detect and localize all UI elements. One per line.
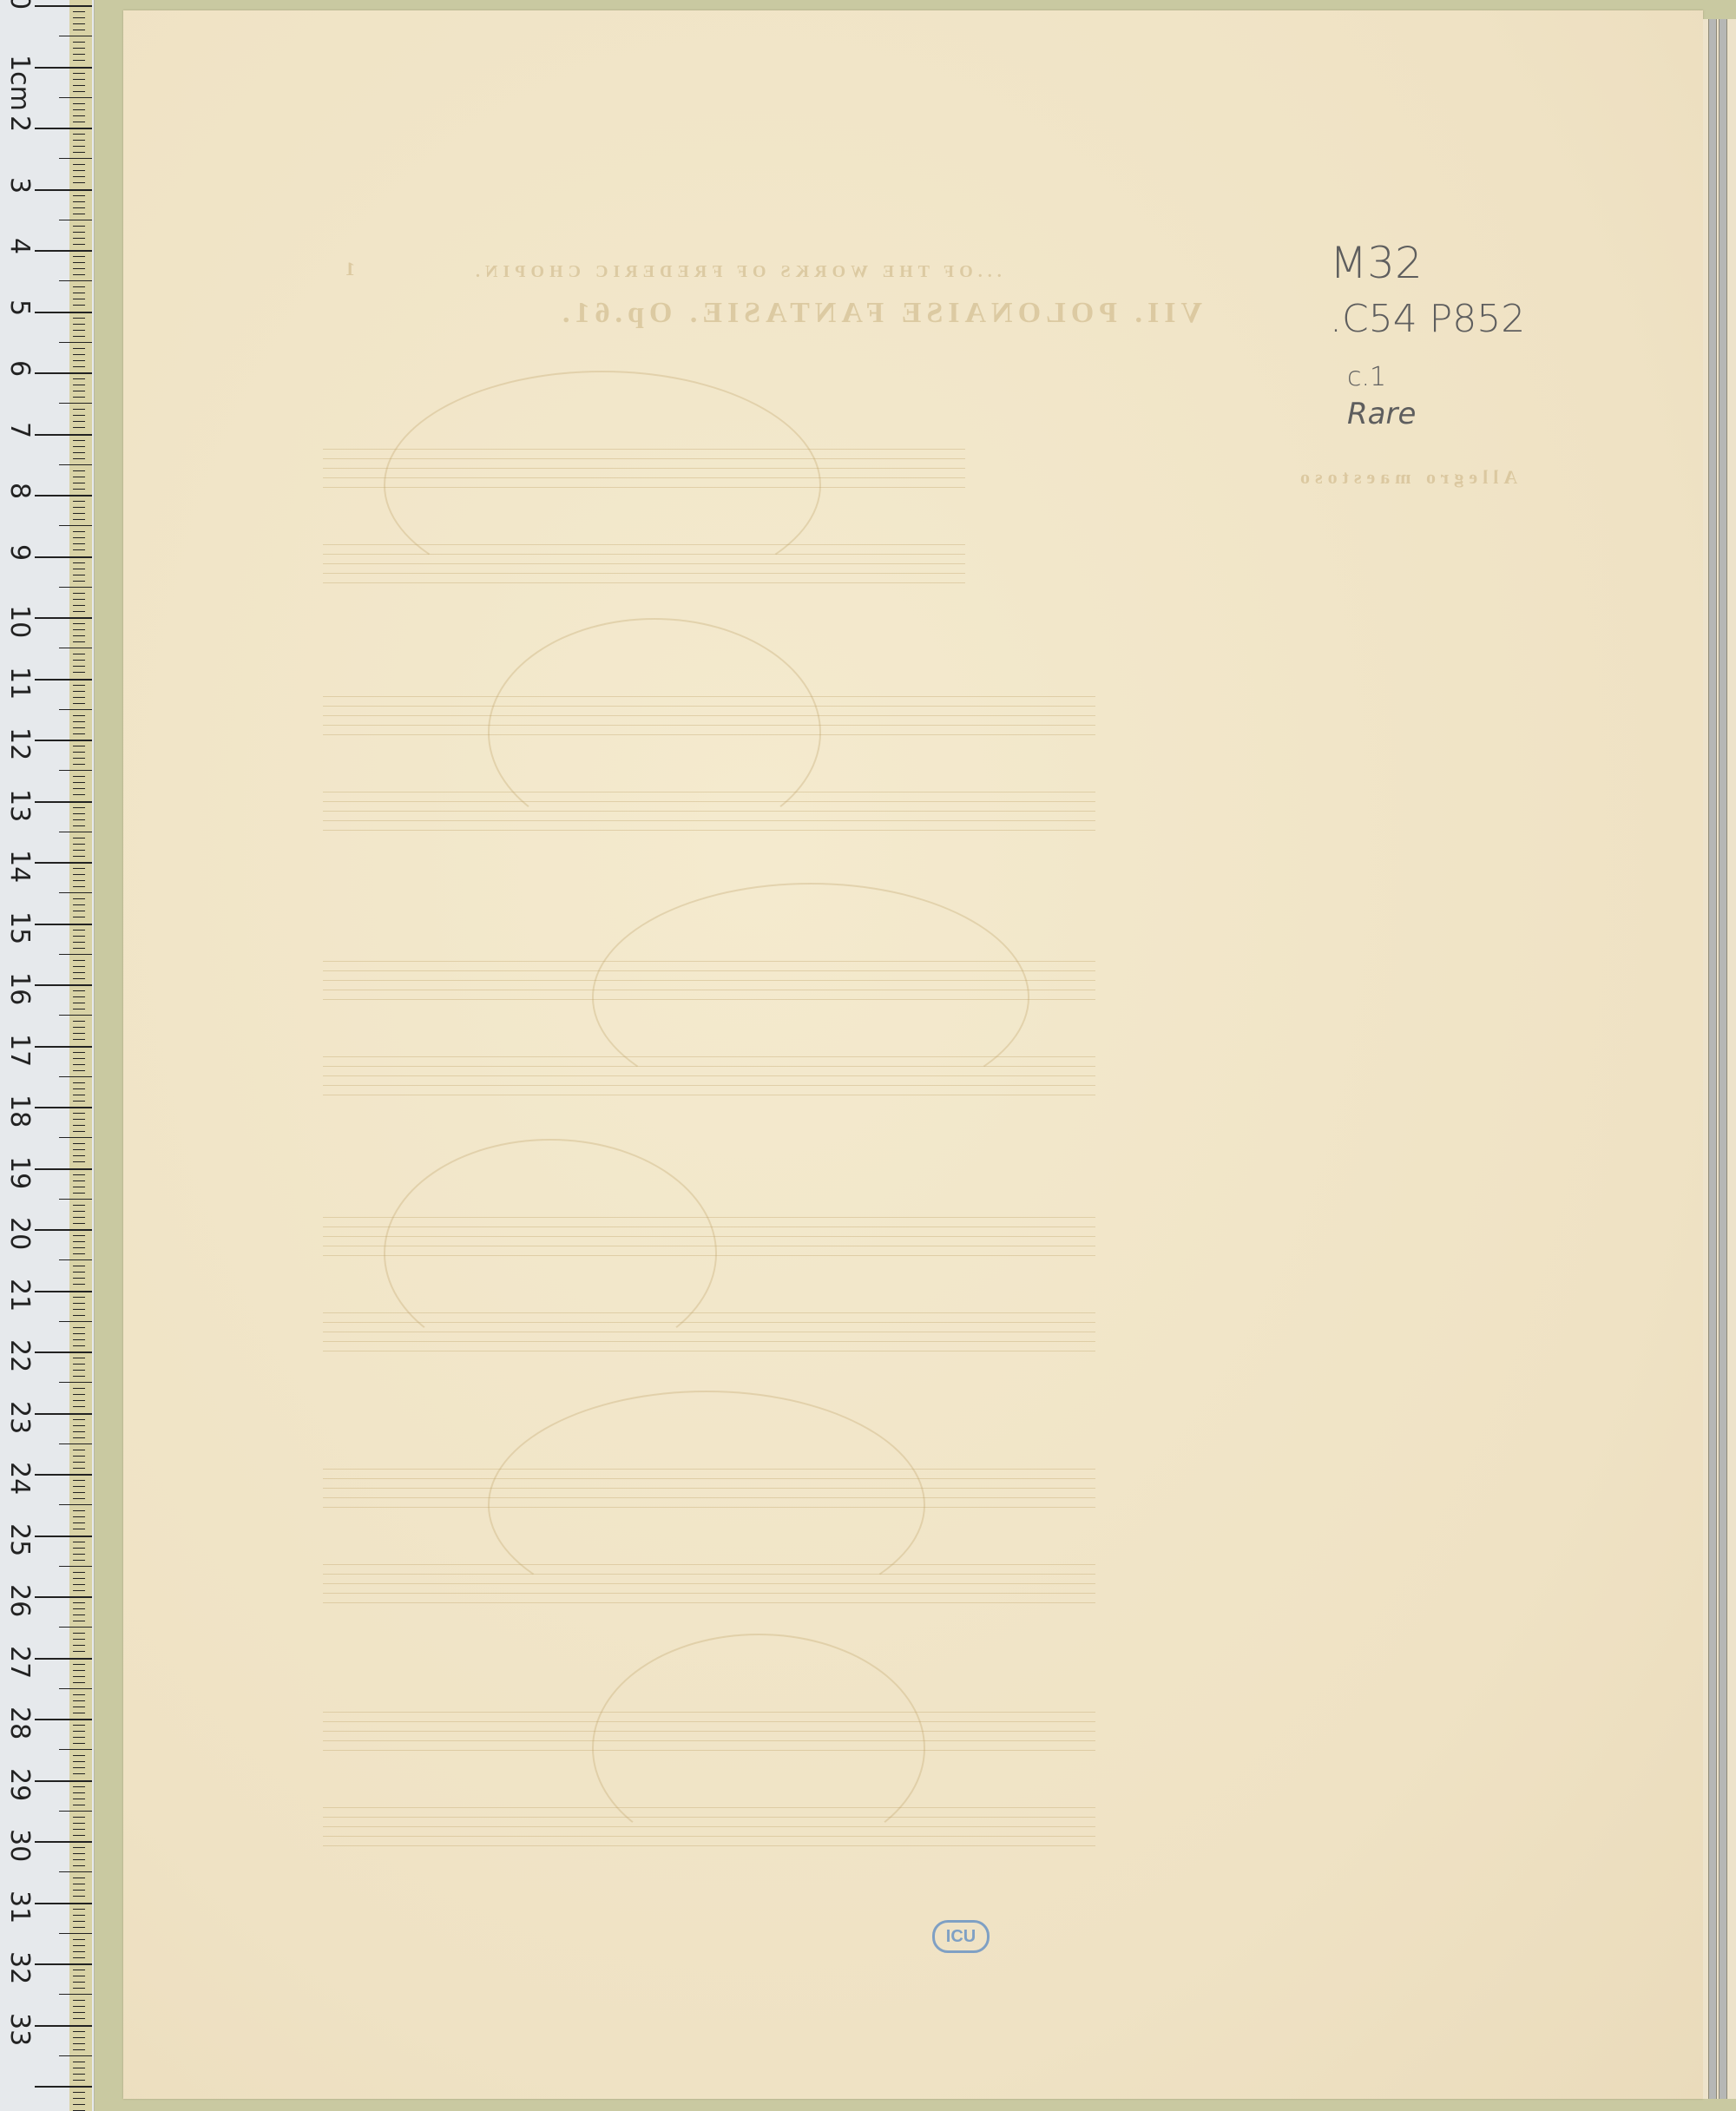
ruler-tick	[73, 1976, 85, 1976]
ruler-tick	[73, 611, 85, 612]
ruler-tick	[73, 489, 85, 490]
ruler-tick	[73, 1731, 85, 1732]
ruler-tick	[73, 201, 85, 202]
ruler-tick	[73, 134, 85, 135]
ruler-tick	[73, 1713, 85, 1713]
ruler-tick	[59, 1199, 92, 1200]
ruler-tick	[73, 996, 85, 997]
ruler-label: 27	[4, 1646, 35, 1679]
ruler-label: 28	[4, 1707, 35, 1739]
ruler-tick	[73, 2068, 85, 2068]
call-number-line2: .C54 P852	[1330, 297, 1525, 341]
ruler-label: 15	[4, 911, 35, 944]
ruler-tick	[73, 470, 85, 471]
collection-note: Rare	[1347, 397, 1416, 431]
ruler-tick	[73, 2080, 85, 2081]
ruler-tick	[73, 11, 85, 12]
ruler-tick	[73, 1143, 85, 1144]
ruler-tick	[35, 801, 92, 803]
ruler-tick	[73, 1462, 85, 1463]
ruler-tick	[73, 318, 85, 319]
ruler-tick	[35, 372, 92, 374]
ruler-label: 17	[4, 1034, 35, 1067]
ruler-tick	[73, 519, 85, 520]
ruler-tick	[73, 1205, 85, 1206]
ruler-tick	[73, 17, 85, 18]
ruler-label: 14	[4, 850, 35, 883]
ruler-tick	[73, 176, 85, 177]
ruler-label: 33	[4, 2013, 35, 2046]
ruler-tick	[73, 109, 85, 110]
ruler-tick	[73, 972, 85, 973]
ruler-tick	[73, 721, 85, 722]
ruler-tick	[73, 2037, 85, 2038]
ruler-tick	[73, 562, 85, 563]
ruler-tick	[73, 1939, 85, 1940]
ruler-tick	[35, 189, 92, 191]
ruler-tick	[73, 1247, 85, 1248]
ruler-tick	[73, 531, 85, 532]
ruler-tick	[73, 54, 85, 55]
ruler-tick	[73, 838, 85, 838]
ruler-tick	[73, 623, 85, 624]
ruler-tick	[73, 256, 85, 257]
ruler-tick	[73, 1522, 85, 1523]
ruler-tick	[73, 103, 85, 104]
ruler-tick	[73, 1070, 85, 1071]
ruler-tick	[35, 312, 92, 313]
ruler-tick	[73, 1161, 85, 1162]
ruler-label: 9	[4, 544, 35, 561]
ruler-tick	[73, 146, 85, 147]
ruler-tick	[73, 1602, 85, 1603]
ruler-label: 19	[4, 1156, 35, 1189]
ruler-tick	[73, 1664, 85, 1665]
ruler-tick	[73, 1529, 85, 1529]
ruler-tick	[73, 850, 85, 851]
ruler-label: 20	[4, 1217, 35, 1250]
ruler-tick	[73, 880, 85, 881]
ruler-tick	[35, 1046, 92, 1048]
ruler-label: 4	[4, 238, 35, 254]
ruler-tick	[73, 1297, 85, 1298]
ruler-tick	[73, 1394, 85, 1395]
ruler-tick	[73, 575, 85, 575]
ruler-tick	[73, 1767, 85, 1768]
ruler-tick	[73, 691, 85, 692]
ruler-tick	[73, 397, 85, 398]
ruler-tick	[73, 1584, 85, 1585]
ruler-tick	[73, 782, 85, 783]
ruler-tick	[59, 403, 92, 404]
ruler-tick	[35, 250, 92, 252]
ruler-tick	[73, 324, 85, 325]
ruler-tick	[35, 67, 92, 69]
ruler-tick	[73, 440, 85, 441]
ruler-tick	[73, 569, 85, 569]
ruler-tick	[73, 60, 85, 61]
ruler-tick	[73, 2104, 85, 2105]
ruler-tick	[73, 654, 85, 654]
ruler-tick	[73, 262, 85, 263]
ruler-label: 10	[4, 605, 35, 638]
ruler-label: 24	[4, 1462, 35, 1495]
ruler-tick	[73, 948, 85, 949]
ruler-tick	[73, 244, 85, 245]
ruler-tick	[73, 1327, 85, 1328]
ruler-tick	[59, 1994, 92, 1995]
ruler-tick	[73, 354, 85, 355]
ruler-tick	[73, 599, 85, 600]
showthrough-page-number: 1	[340, 258, 355, 280]
ruler-label: 0	[4, 0, 35, 10]
ruler-tick	[73, 2074, 85, 2075]
ruler-tick	[73, 378, 85, 379]
ruler-tick	[73, 1896, 85, 1897]
ruler-tick	[35, 617, 92, 619]
ruler-tick	[73, 1193, 85, 1194]
ruler-tick	[73, 1957, 85, 1958]
ruler-label: 11	[4, 667, 35, 700]
ruler-tick	[73, 286, 85, 287]
ruler-tick	[73, 274, 85, 275]
ruler-tick	[35, 2086, 92, 2088]
ruler-tick	[59, 1811, 92, 1812]
ruler-tick	[73, 1315, 85, 1316]
ruler-tick	[59, 1259, 92, 1260]
ruler-tick	[73, 1272, 85, 1273]
ruler-tick	[73, 641, 85, 642]
ruler-tick	[73, 1890, 85, 1891]
ruler-tick	[73, 1101, 85, 1102]
ruler-tick	[59, 525, 92, 526]
ruler-tick	[73, 2092, 85, 2093]
ruler-tick	[73, 1823, 85, 1824]
ruler-tick	[73, 1003, 85, 1003]
ruler-tick	[59, 1015, 92, 1016]
ruler-tick	[59, 1504, 92, 1505]
ruler-label: 25	[4, 1523, 35, 1556]
ruler-tick	[73, 1498, 85, 1499]
ruler-tick	[35, 1780, 92, 1782]
scanned-page: 1 ...OF THE WORKS OF FREDERIC CHOPIN. VI…	[123, 10, 1703, 2099]
ruler-tick	[73, 966, 85, 967]
ruler-tick	[59, 2055, 92, 2056]
ruler-tick	[73, 807, 85, 808]
ruler-tick	[73, 629, 85, 630]
ruler-tick	[73, 501, 85, 502]
ruler-tick	[73, 1572, 85, 1573]
ruler-tick	[73, 1510, 85, 1511]
ruler-tick	[35, 495, 92, 497]
ruler-tick	[73, 195, 85, 196]
ruler-tick	[59, 587, 92, 588]
ruler-tick	[73, 385, 85, 385]
ruler-tick	[73, 1456, 85, 1457]
ruler-tick	[73, 1921, 85, 1922]
ruler-tick	[73, 299, 85, 299]
ruler-label: 32	[4, 1951, 35, 1984]
ruler-tick	[73, 415, 85, 416]
ruler-tick	[73, 1058, 85, 1059]
ruler-tick	[73, 764, 85, 765]
ruler-tick	[73, 581, 85, 582]
ruler-tick	[73, 1155, 85, 1156]
ruler-tick	[73, 1853, 85, 1854]
ruler-tick	[73, 1516, 85, 1517]
ruler-tick	[73, 911, 85, 911]
binding-strip-left	[1708, 19, 1717, 2099]
ruler-tick	[73, 1707, 85, 1707]
ruler-tick	[73, 1388, 85, 1389]
ruler-tick	[35, 1229, 92, 1231]
ruler-tick	[73, 1590, 85, 1591]
ruler-tick	[73, 1278, 85, 1279]
ruler-label: 13	[4, 789, 35, 822]
ruler-label: 7	[4, 422, 35, 438]
ruler-tick	[73, 794, 85, 795]
ruler-tick	[59, 342, 92, 343]
ruler-tick	[73, 2049, 85, 2050]
ruler-tick	[73, 1125, 85, 1126]
slur-showthrough	[384, 371, 821, 600]
ruler-tick	[73, 391, 85, 391]
ruler-tick	[73, 1217, 85, 1218]
ruler-tick	[73, 1187, 85, 1187]
ruler-tick	[59, 1749, 92, 1750]
showthrough-header: ...OF THE WORKS OF FREDERIC CHOPIN.	[470, 262, 1002, 282]
ruler-tick	[73, 1786, 85, 1787]
ruler-tick	[73, 917, 85, 917]
ruler-tick	[35, 1351, 92, 1353]
ruler-tick	[73, 1542, 85, 1542]
ruler-tick	[35, 128, 92, 129]
ruler-tick	[73, 874, 85, 875]
ruler-tick	[73, 23, 85, 24]
ruler-tick	[73, 1554, 85, 1555]
ruler-tick	[59, 36, 92, 36]
ruler-tick	[59, 1688, 92, 1689]
ruler-tick	[73, 1064, 85, 1065]
ruler-tick	[73, 2031, 85, 2032]
ruler-tick	[73, 1645, 85, 1646]
ruler-tick	[35, 1903, 92, 1904]
ruler-tick	[73, 1773, 85, 1774]
ruler-tick	[73, 452, 85, 453]
ruler-tick	[73, 666, 85, 667]
ruler-tick	[73, 152, 85, 153]
ruler-tick	[35, 5, 92, 7]
ruler-tick	[73, 1865, 85, 1866]
ruler-tick	[73, 182, 85, 183]
ruler-tick	[73, 207, 85, 208]
ruler-tick	[59, 648, 92, 648]
ruler-tick	[73, 164, 85, 165]
ruler-tick	[35, 434, 92, 436]
ruler-tick	[73, 1370, 85, 1371]
ruler-label: 29	[4, 1768, 35, 1801]
ruler-tick	[35, 740, 92, 741]
ruler-tick	[59, 1076, 92, 1077]
ruler-tick	[59, 1321, 92, 1322]
ruler-tick	[73, 1309, 85, 1310]
ruler-tick	[73, 330, 85, 331]
ruler-label: 22	[4, 1339, 35, 1372]
ruler-tick	[73, 1560, 85, 1561]
ruler-tick	[73, 1345, 85, 1346]
ruler-tick	[73, 886, 85, 887]
ruler-tick	[59, 158, 92, 159]
ruler-tick	[35, 862, 92, 864]
ruler-tick	[59, 1627, 92, 1628]
ruler-tick	[73, 1859, 85, 1860]
ruler-tick	[35, 1596, 92, 1598]
library-stamp: ICU	[932, 1920, 990, 1953]
ruler-tick	[59, 220, 92, 220]
ruler-tick	[73, 2018, 85, 2019]
ruler-tick	[73, 635, 85, 636]
ruler-tick	[73, 1915, 85, 1916]
ruler-tick	[73, 1970, 85, 1970]
ruler-tick	[73, 1988, 85, 1989]
measuring-ruler: 01cm234567891011121314151617181920212223…	[0, 0, 95, 2111]
ruler-tick	[73, 1755, 85, 1756]
ruler-tick	[73, 1437, 85, 1438]
ruler-tick	[73, 232, 85, 233]
ruler-tick	[73, 1982, 85, 1983]
ruler-tick	[73, 79, 85, 80]
ruler-label: 30	[4, 1829, 35, 1862]
ruler-tick	[59, 832, 92, 832]
ruler-tick	[35, 1474, 92, 1476]
ruler-tick	[73, 1333, 85, 1334]
ruler-tick	[73, 1700, 85, 1701]
ruler-tick	[73, 930, 85, 931]
ruler-tick	[73, 697, 85, 698]
ruler-tick	[59, 280, 92, 281]
ruler-tick	[73, 703, 85, 704]
ruler-tick	[73, 776, 85, 777]
ruler-tick	[73, 458, 85, 459]
copy-number: c.1	[1347, 362, 1386, 392]
ruler-tick	[73, 1651, 85, 1652]
ruler-tick	[73, 1052, 85, 1053]
ruler-tick	[73, 1945, 85, 1946]
ruler-tick	[73, 2043, 85, 2044]
ruler-tick	[73, 170, 85, 171]
ruler-tick	[73, 758, 85, 759]
ruler-tick	[73, 366, 85, 367]
ruler-tick	[73, 1468, 85, 1469]
ruler-tick	[73, 1743, 85, 1744]
ruler-tick	[73, 2006, 85, 2007]
ruler-tick	[73, 336, 85, 337]
ruler-tick	[73, 960, 85, 961]
ruler-tick	[73, 238, 85, 239]
ruler-tick	[73, 293, 85, 293]
ruler-tick	[73, 1792, 85, 1793]
ruler-tick	[73, 1670, 85, 1671]
ruler-tick	[73, 788, 85, 789]
ruler-tick	[73, 1082, 85, 1083]
ruler-tick	[59, 1933, 92, 1934]
ruler-tick	[35, 984, 92, 986]
ruler-tick	[35, 924, 92, 925]
ruler-label: 16	[4, 972, 35, 1005]
ruler-tick	[73, 1608, 85, 1609]
ruler-tick	[73, 978, 85, 979]
ruler-tick	[73, 1878, 85, 1878]
ruler-tick	[35, 1841, 92, 1843]
ruler-tick	[73, 543, 85, 544]
ruler-tick	[73, 936, 85, 937]
ruler-label: 31	[4, 1891, 35, 1924]
ruler-tick	[59, 892, 92, 893]
ruler-tick	[73, 819, 85, 820]
ruler-tick	[73, 1817, 85, 1818]
ruler-tick	[35, 556, 92, 558]
ruler-tick	[59, 464, 92, 465]
ruler-tick	[73, 1614, 85, 1615]
ruler-tick	[73, 1884, 85, 1884]
ruler-tick	[73, 549, 85, 550]
ruler-tick	[73, 1725, 85, 1726]
ruler-tick	[73, 1694, 85, 1695]
ruler-tick	[73, 1358, 85, 1358]
ruler-tick	[59, 954, 92, 955]
ruler-tick	[73, 1578, 85, 1579]
ruler-tick	[73, 1039, 85, 1040]
ruler-label: 12	[4, 727, 35, 760]
ruler-tick	[73, 1284, 85, 1285]
ruler-tick	[73, 1211, 85, 1212]
ruler-tick	[73, 1548, 85, 1549]
ruler-tick	[73, 214, 85, 214]
ruler-tick	[73, 1149, 85, 1150]
ruler-label: 6	[4, 360, 35, 377]
ruler-tick	[73, 115, 85, 116]
ruler-tick	[73, 1095, 85, 1095]
ruler-tick	[73, 2062, 85, 2062]
ruler-tick	[73, 1799, 85, 1799]
slur-showthrough	[592, 1634, 925, 1863]
ruler-tick	[35, 1291, 92, 1292]
ruler-tick	[73, 305, 85, 306]
ruler-label: 2	[4, 115, 35, 132]
ruler-tick	[35, 1413, 92, 1415]
ruler-tick	[73, 660, 85, 661]
ruler-tick	[73, 85, 85, 86]
ruler-tick	[73, 1174, 85, 1175]
ruler-tick	[73, 1088, 85, 1089]
ruler-tick	[73, 904, 85, 905]
ruler-label: 23	[4, 1401, 35, 1434]
ruler-tick	[73, 1303, 85, 1304]
ruler-tick	[73, 537, 85, 538]
ruler-tick	[59, 1566, 92, 1567]
ruler-tick	[73, 1266, 85, 1266]
ruler-tick	[73, 42, 85, 43]
slur-showthrough	[488, 618, 821, 847]
ruler-tick	[73, 868, 85, 869]
ruler-tick	[73, 348, 85, 349]
ruler-label: 18	[4, 1095, 35, 1128]
ruler-tick	[73, 1676, 85, 1677]
ruler-tick	[73, 2000, 85, 2001]
ruler-tick	[73, 1235, 85, 1236]
ruler-tick	[35, 1963, 92, 1965]
ruler-tick	[73, 733, 85, 734]
